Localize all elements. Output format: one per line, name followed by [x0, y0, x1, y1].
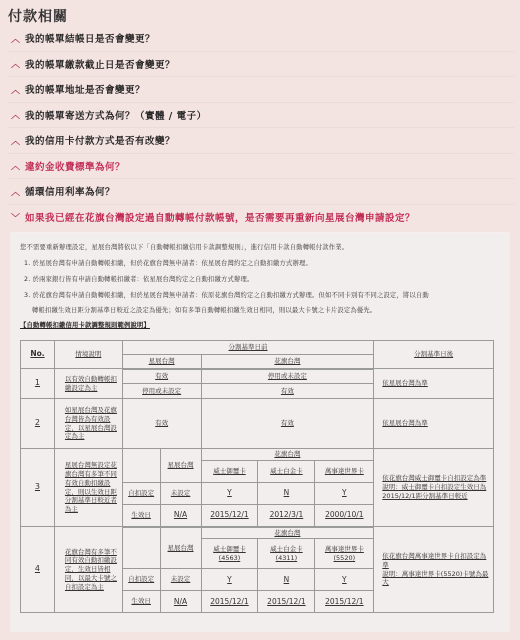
card-name: 威士御璽卡 [204, 545, 256, 554]
row-3-date-2: 2012/3/1 [258, 505, 315, 527]
header-after: 分割基準日後 [374, 341, 494, 369]
faq-item-auto-debit[interactable]: ﹀ 如果我已經在花旗台灣設定過自動轉帳付款帳號，是否需要再重新向星展台灣申請設定… [8, 205, 514, 231]
row-3-no: 3 [21, 449, 55, 527]
row-4-blank [122, 527, 160, 569]
row-3-card-2: 威士白金卡 [258, 461, 315, 483]
row-3-citi-label: 花旗台灣 [201, 449, 374, 461]
row-1b-citi: 有效 [201, 384, 374, 399]
row-1a-citi: 停用或未設定 [201, 369, 374, 384]
row-2-result: 依星展台灣為準 [374, 399, 494, 449]
row-4-setting-label: 自扣設定 [122, 569, 160, 591]
row-4-dbs-setting: 未設定 [160, 569, 201, 591]
row-1-no: 1 [21, 369, 55, 399]
answer-rule-1: 1. 於星展台灣有申請自動轉帳扣繳，但於花旗台灣無申請者：依星展台灣約定之自動扣… [24, 258, 312, 267]
card-number: (4563) [204, 554, 256, 563]
row-1-result: 依星展台灣為準 [374, 369, 494, 399]
card-name: 萬事達世界卡 [317, 545, 371, 554]
page-edge [514, 0, 520, 640]
row-3-scenario: 星展台灣無設定花旗台灣有多筆不同有效自動扣繳設定，則以生效日距分割基準日較近者為… [54, 449, 122, 527]
row-2-no: 2 [21, 399, 55, 449]
row-3-dbs-setting: 未設定 [160, 483, 201, 505]
row-1-scenario: 以有效自動轉帳扣繳設定為主 [54, 369, 122, 399]
row-3-dbs-date: N/A [160, 505, 201, 527]
row-3-date-1: 2015/12/1 [201, 505, 258, 527]
row-3-card-1: 威士御璽卡 [201, 461, 258, 483]
row-3-setting-label: 自扣設定 [122, 483, 160, 505]
chevron-up-icon: ︿ [11, 108, 25, 121]
answer-rule-3-cont: 轉帳扣繳生效日距分割基準日較近之設定為優先；如有多筆自動轉帳扣繳生效日相同，則以… [32, 305, 376, 314]
chevron-down-icon: ﹀ [11, 211, 25, 224]
row-4-setting-1: Y [201, 569, 258, 591]
faq-item-payment-method[interactable]: ︿ 我的信用卡付款方式是否有改變？ [8, 128, 514, 154]
row-4-result-main: 依花旗台灣萬事達世界卡自扣設定為準 [382, 552, 491, 570]
row-4-card-2: 威士白金卡(4311) [258, 539, 315, 569]
answer-rule-3: 3. 於花旗台灣有申請自動轉帳扣繳，但於星展台灣無申請者：依原花旗台灣約定之自動… [24, 290, 429, 299]
row-4-no: 4 [21, 527, 55, 613]
row-3-setting-3: Y [315, 483, 374, 505]
card-number: (4311) [260, 554, 312, 563]
faq-item-label: 我的帳單地址是否會變更？ [25, 82, 145, 96]
chevron-up-icon: ︿ [11, 159, 25, 172]
row-4-dbs-label: 星展台灣 [160, 527, 201, 569]
row-3-dbs-label: 星展台灣 [160, 449, 201, 483]
row-1a-dbs: 有效 [122, 369, 201, 384]
row-4-setting-2: N [258, 569, 315, 591]
faq-item-label: 我的帳單結帳日是否會變更？ [25, 31, 155, 45]
row-4-date-3: 2015/12/1 [315, 591, 374, 613]
faq-item-label: 循環信用利率為何？ [25, 184, 115, 198]
row-1b-dbs: 停用或未設定 [122, 384, 201, 399]
card-number: (5520) [317, 554, 371, 563]
row-3-result-main: 依花旗台灣威士御璽卡自扣設定為準 [382, 474, 491, 483]
faq-item-revolving-rate[interactable]: ︿ 循環信用利率為何？ [8, 179, 514, 205]
row-4-setting-3: Y [315, 569, 374, 591]
row-2-citi: 有效 [201, 399, 374, 449]
faq-item-label: 我的帳單繳款截止日是否會變更？ [25, 57, 175, 71]
row-3-result-note: 說明：威士御璽卡自扣設定生效日為2015/12/1距分割基準日較近 [382, 483, 491, 501]
page-title: 付款相關 [8, 6, 68, 26]
header-no: No. [21, 341, 55, 369]
faq-item-delivery-method[interactable]: ︿ 我的帳單寄送方式為何？（實體 / 電子） [8, 103, 514, 129]
faq-item-due-date[interactable]: ︿ 我的帳單繳款截止日是否會變更？ [8, 52, 514, 78]
answer-rule-2: 2. 於兩家銀行皆有申請自動轉帳扣繳者：依星展台灣約定之自動扣繳方式辦理。 [24, 274, 254, 283]
header-scenario: 情境說明 [54, 341, 122, 369]
header-split-base: 分割基準日前 [122, 341, 374, 355]
row-3-setting-2: N [258, 483, 315, 505]
faq-item-label: 我的信用卡付款方式是否有改變？ [25, 133, 175, 147]
row-4-date-1: 2015/12/1 [201, 591, 258, 613]
example-link[interactable]: 【自動轉帳扣繳信用卡款調整規則範例說明】 [20, 320, 150, 329]
row-4-dbs-date: N/A [160, 591, 201, 613]
row-4-result-note: 說明：萬事達世界卡(5520)卡號為最大 [382, 570, 491, 588]
faq-item-label: 如果我已經在花旗台灣設定過自動轉帳付款帳號，是否需要再重新向星展台灣申請設定？ [25, 210, 415, 224]
row-3-card-3: 萬事達世界卡 [315, 461, 374, 483]
row-4-date-label: 生效日 [122, 591, 160, 613]
card-name: 威士白金卡 [260, 545, 312, 554]
answer-intro: 您不需要重新辦理設定，星展台灣將依以下「自動轉帳扣繳信用卡款調整規則」，進行信用… [20, 242, 348, 251]
row-4-card-1: 威士御璽卡(4563) [201, 539, 258, 569]
row-4-result: 依花旗台灣萬事達世界卡自扣設定為準 說明：萬事達世界卡(5520)卡號為最大 [374, 527, 494, 613]
row-3-result: 依花旗台灣威士御璽卡自扣設定為準 說明：威士御璽卡自扣設定生效日為2015/12… [374, 449, 494, 527]
chevron-up-icon: ︿ [11, 134, 25, 147]
row-3-date-label: 生效日 [122, 505, 160, 527]
row-4-date-2: 2015/12/1 [258, 591, 315, 613]
row-2-scenario: 如星展台灣及花旗台灣皆為有效設定，以星展台灣設定為主 [54, 399, 122, 449]
chevron-up-icon: ︿ [11, 83, 25, 96]
faq-list: ︿ 我的帳單結帳日是否會變更？ ︿ 我的帳單繳款截止日是否會變更？ ︿ 我的帳單… [8, 26, 514, 230]
faq-item-label: 我的帳單寄送方式為何？（實體 / 電子） [25, 108, 207, 122]
faq-item-label: 違約金收費標準為何？ [25, 159, 125, 173]
faq-item-late-fee[interactable]: ︿ 違約金收費標準為何？ [8, 154, 514, 180]
chevron-up-icon: ︿ [11, 57, 25, 70]
row-3-date-3: 2000/10/1 [315, 505, 374, 527]
faq-item-billing-address[interactable]: ︿ 我的帳單地址是否會變更？ [8, 77, 514, 103]
header-dbs: 星展台灣 [122, 355, 201, 369]
chevron-up-icon: ︿ [11, 32, 25, 45]
row-4-scenario: 花旗台灣有多筆不同有效自動扣繳設定，生效日皆相同，以最大卡號之自扣設定為主 [54, 527, 122, 613]
rules-table: No. 情境說明 分割基準日前 分割基準日後 星展台灣 花旗台灣 1 以有效自動… [20, 340, 494, 613]
row-4-citi-label: 花旗台灣 [201, 527, 374, 539]
row-4-card-3: 萬事達世界卡(5520) [315, 539, 374, 569]
row-2-dbs: 有效 [122, 399, 201, 449]
faq-item-billing-date[interactable]: ︿ 我的帳單結帳日是否會變更？ [8, 26, 514, 52]
row-3-blank [122, 449, 160, 483]
faq-answer-panel: 您不需要重新辦理設定，星展台灣將依以下「自動轉帳扣繳信用卡款調整規則」，進行信用… [10, 232, 510, 632]
row-3-setting-1: Y [201, 483, 258, 505]
header-citi: 花旗台灣 [201, 355, 374, 369]
chevron-up-icon: ︿ [11, 185, 25, 198]
